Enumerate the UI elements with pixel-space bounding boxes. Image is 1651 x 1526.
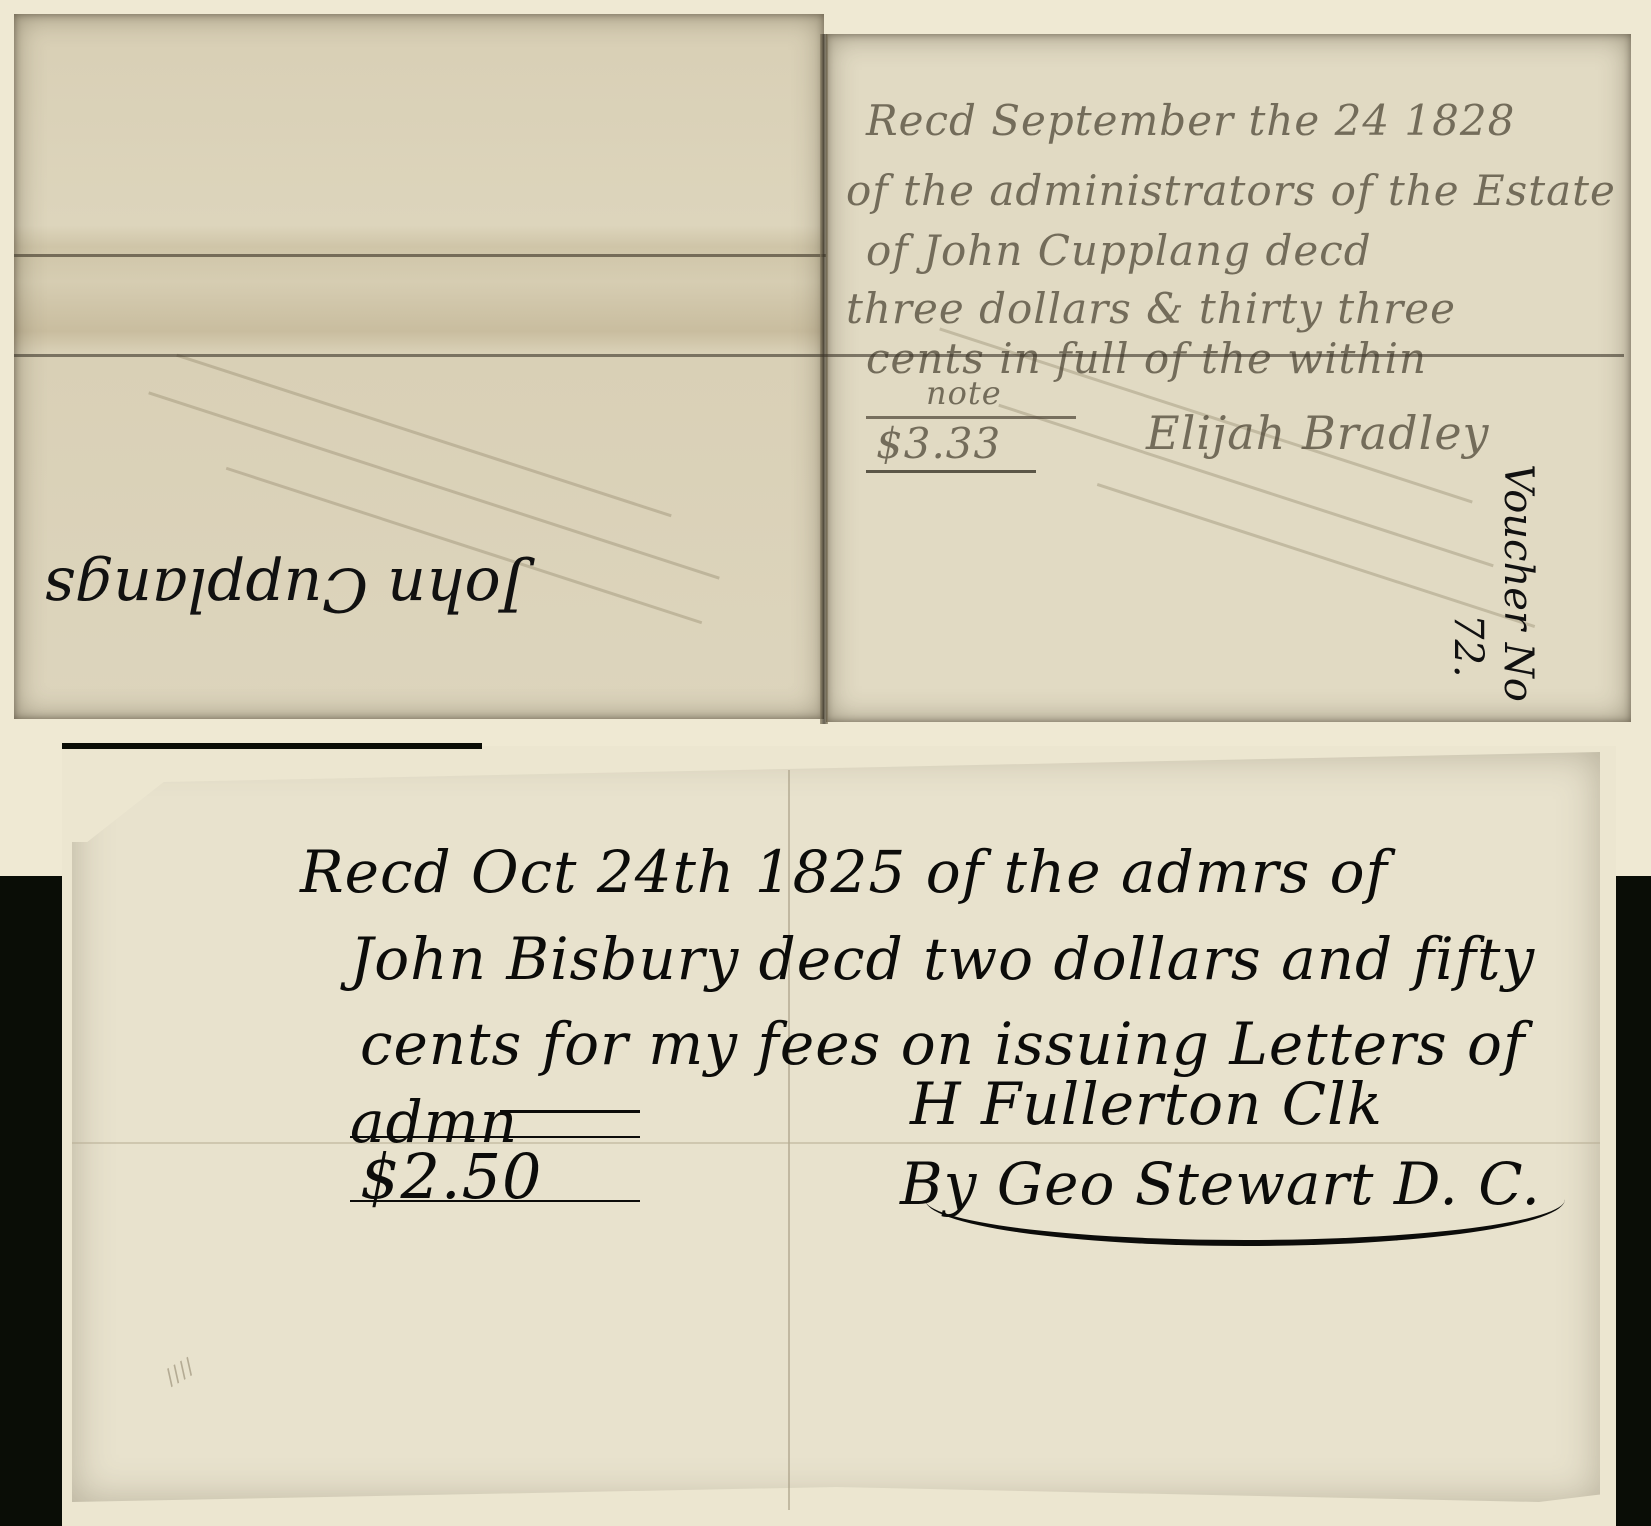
voucher-number: 72. (1445, 614, 1491, 678)
receipt-line-3: of John Cupplang decd (866, 226, 1372, 275)
mirrored-signature: John Cupplangs (44, 554, 525, 624)
receipt-line-2: of the administrators of the Estate (846, 166, 1616, 215)
clerk-signature: H Fullerton Clk (910, 1070, 1383, 1138)
fold-line-horizontal (14, 354, 1624, 357)
voucher-label: Voucher No (1495, 464, 1541, 702)
amount-overline (350, 1136, 640, 1138)
amount-underline (350, 1200, 640, 1202)
amount: $3.33 (876, 419, 1001, 468)
dark-border-right (1616, 876, 1651, 1526)
receipt-line-3: cents for my fees on issuing Letters of (360, 1010, 1525, 1078)
top-document: John Cupplangs Recd September the 24 182… (14, 14, 1614, 722)
receipt-amount: $2.50 (360, 1140, 543, 1213)
receipt-line-4: three dollars & thirty three (846, 284, 1456, 333)
receipt-fold-horizontal (72, 1142, 1600, 1144)
dark-border-left (0, 876, 62, 1526)
admn-underline (500, 1110, 640, 1113)
signature: Elijah Bradley (1146, 406, 1490, 460)
receipt-line-1: Recd Oct 24th 1825 of the admrs of (300, 838, 1388, 906)
receipt-line-6: note (926, 374, 1002, 412)
receipt-line-1: Recd September the 24 1828 (866, 96, 1515, 145)
top-document-right-panel: Recd September the 24 1828 of the admini… (826, 34, 1631, 722)
receipt-line-2: John Bisbury decd two dollars and fifty (350, 925, 1535, 993)
amount-underline (866, 470, 1036, 473)
fold-line (14, 254, 826, 257)
top-document-left-panel: John Cupplangs (14, 14, 824, 719)
fold-line-vertical (820, 34, 828, 724)
dark-border-strip (62, 743, 482, 749)
